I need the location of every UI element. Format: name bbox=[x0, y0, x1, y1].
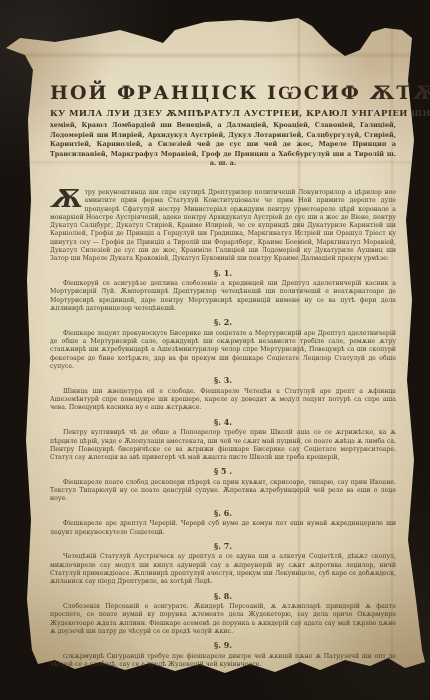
document-section: §. 6. Фiешкареле аре дрептул Черерiй. Че… bbox=[50, 508, 396, 537]
section-text: Ѡкѫрмуирѣ Сигуранцiй требуе пре фiешкаре… bbox=[50, 653, 396, 668]
preamble-paragraph: Ѫтру рекуноштинца ши спре скутирѣ Дрепту… bbox=[50, 189, 396, 264]
section-text: Слобозенiя Персоанiй е асигурате. Ѫкидер… bbox=[50, 603, 396, 635]
section-text: Фiешкареле поате слобод дескопери пѣрерѣ… bbox=[50, 479, 396, 503]
document-section: §. 1. Фiешкеруй се асигурѣзе деплина сло… bbox=[50, 268, 396, 314]
section-paragraph: Пентру култивирѣ чѣ де обше а Попоарелор… bbox=[50, 429, 396, 462]
document-section: §. 2. Фiешкаре лецуит прекуноскуте Бисер… bbox=[50, 317, 396, 371]
section-text: Пентру култивирѣ чѣ де обше а Попоарелор… bbox=[50, 429, 396, 461]
document-subtitle-caps: КУ МИЛА ЛУИ ДЗЕУ ѪМПѢРАТУЛ АУСТРІЕИ, КРА… bbox=[50, 109, 396, 119]
section-paragraph: Шiинца ши ѫвецетура ей е слободе. Фiешка… bbox=[50, 388, 396, 413]
section-number: §. 4. bbox=[50, 417, 396, 427]
section-number: §. 3. bbox=[50, 375, 396, 385]
section-number: §. 8. bbox=[50, 591, 396, 601]
document-section: § 5 . Фiешкареле поате слобод дескопери … bbox=[50, 466, 396, 503]
document-section: §. 9. Ѡкѫрмуирѣ Сигуранцiй требуе пре фi… bbox=[50, 640, 396, 669]
section-paragraph: Фiешкареле поате слобод дескопери пѣрерѣ… bbox=[50, 479, 396, 504]
document-section: §. 4. Пентру култивирѣ чѣ де обше а Попо… bbox=[50, 417, 396, 463]
preamble-text: тру рекуноштинца ши спре скутирѣ Дрептур… bbox=[50, 189, 396, 262]
document-section: §. 3. Шiинца ши ѫвецетура ей е слободе. … bbox=[50, 375, 396, 412]
dropcap-letter: Ѫ bbox=[50, 189, 85, 208]
section-paragraph: Фiешкеруй се асигурѣзе деплина слобозенi… bbox=[50, 280, 396, 313]
document-title: НОЙ ФРАНЦІСК ІѠСИФ ѪТѪЮЛ bbox=[50, 82, 396, 105]
section-paragraph: Фiешкаре лецуит прекуноскуте Бисерике ши… bbox=[50, 330, 396, 371]
section-paragraph: Слобозенiя Персоанiй е асигурате. Ѫкидер… bbox=[50, 603, 396, 636]
document-section: §. 8. Слобозенiя Персоанiй е асигурате. … bbox=[50, 591, 396, 637]
document-content: НОЙ ФРАНЦІСК ІѠСИФ ѪТѪЮЛ КУ МИЛА ЛУИ ДЗЕ… bbox=[50, 82, 396, 669]
section-number: §. 7. bbox=[50, 541, 396, 551]
section-text: Фiешкареле аре дрептул Черерiй. Черерй с… bbox=[50, 520, 396, 535]
document-subtitle: хемiей, Краюл Ломбардiей ши Венецiей, а … bbox=[50, 121, 396, 169]
section-number: § 5 . bbox=[50, 466, 396, 476]
photo-backdrop: НОЙ ФРАНЦІСК ІѠСИФ ѪТѪЮЛ КУ МИЛА ЛУИ ДЗЕ… bbox=[0, 0, 430, 700]
section-paragraph: Ѡкѫрмуирѣ Сигуранцiй требуе пре фiешкаре… bbox=[50, 653, 396, 670]
section-number: §. 6. bbox=[50, 508, 396, 518]
section-number: §. 1. bbox=[50, 268, 396, 278]
section-number: §. 9. bbox=[50, 640, 396, 650]
section-paragraph: Четецѣнiй Статулуй Аустрiяческ ау дрепту… bbox=[50, 553, 396, 586]
section-text: Четецѣнiй Статулуй Аустрiяческ ау дрепту… bbox=[50, 553, 396, 585]
document-section: §. 7. Четецѣнiй Статулуй Аустрiяческ ау … bbox=[50, 541, 396, 587]
section-paragraph: Фiешкареле аре дрептул Черерiй. Черерй с… bbox=[50, 520, 396, 537]
section-text: Фiешкеруй се асигурѣзе деплина слобозенi… bbox=[50, 280, 396, 312]
section-text: Шiинца ши ѫвецетура ей е слободе. Фiешка… bbox=[50, 388, 396, 412]
section-number: §. 2. bbox=[50, 317, 396, 327]
section-text: Фiешкаре лецуит прекуноскуте Бисерике ши… bbox=[50, 330, 396, 370]
